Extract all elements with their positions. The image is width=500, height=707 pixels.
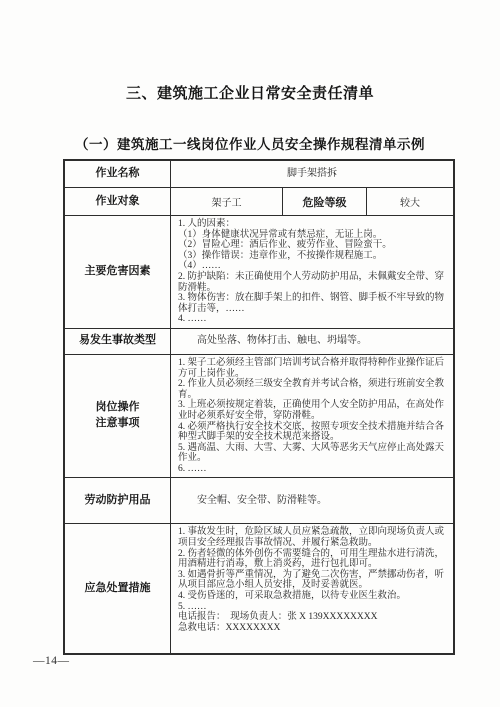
hazards-value: 1. 人的因素： （1）身体健康状况异常或有禁忌症，无证上岗。 （2）冒险心理：…: [171, 216, 453, 328]
table-row-job-target: 作业对象 架子工 危险等级 较大: [65, 187, 453, 215]
safety-regulation-table: 作业名称 脚手架搭拆 作业对象 架子工 危险等级 较大 主要危害因素 1. 人的…: [63, 159, 455, 655]
operation-notes-value: 1. 架子工必须经主管部门培训考试合格并取得特种作业操作证后方可上岗作业。 2.…: [171, 355, 453, 478]
operation-notes-label: 岗位操作 注意事项: [65, 355, 171, 478]
page-title: 三、建筑施工企业日常安全责任清单: [0, 82, 500, 103]
ppe-label: 劳动防护用品: [65, 478, 171, 523]
section-subtitle: （一）建筑施工一线岗位作业人员安全操作规程清单示例: [0, 133, 500, 153]
table-row-accident-types: 易发生事故类型 高处坠落、物体打击、触电、坍塌等。: [65, 328, 453, 354]
hazards-label: 主要危害因素: [65, 216, 171, 328]
accident-types-label: 易发生事故类型: [65, 329, 171, 354]
accident-types-text: 高处坠落、物体打击、触电、坍塌等。: [178, 335, 446, 347]
table-row-job-name: 作业名称 脚手架搭拆: [65, 161, 453, 187]
table-row-hazards: 主要危害因素 1. 人的因素： （1）身体健康状况异常或有禁忌症，无证上岗。 （…: [65, 215, 453, 328]
emergency-value: 1. 事故发生时，危险区域人员应紧急疏散，立即向现场负责人或项目安全经理报告事故…: [171, 524, 453, 653]
job-target-value: 架子工: [171, 188, 283, 215]
risk-level-value: 较大: [367, 188, 453, 215]
ppe-text: 安全帽、安全带、防滑鞋等。: [178, 495, 446, 507]
page-number: —14—: [33, 655, 70, 667]
table-row-operation-notes: 岗位操作 注意事项 1. 架子工必须经主管部门培训考试合格并取得特种作业操作证后…: [65, 354, 453, 478]
job-name-label: 作业名称: [65, 161, 171, 187]
table-row-emergency: 应急处置措施 1. 事故发生时，危险区域人员应紧急疏散，立即向现场负责人或项目安…: [65, 523, 453, 653]
emergency-label: 应急处置措施: [65, 524, 171, 653]
accident-types-value: 高处坠落、物体打击、触电、坍塌等。: [171, 329, 453, 354]
ppe-value: 安全帽、安全带、防滑鞋等。: [171, 478, 453, 523]
job-name-value: 脚手架搭拆: [171, 161, 453, 187]
risk-level-label: 危险等级: [283, 188, 367, 215]
job-target-label: 作业对象: [65, 188, 171, 215]
table-row-ppe: 劳动防护用品 安全帽、安全带、防滑鞋等。: [65, 477, 453, 523]
